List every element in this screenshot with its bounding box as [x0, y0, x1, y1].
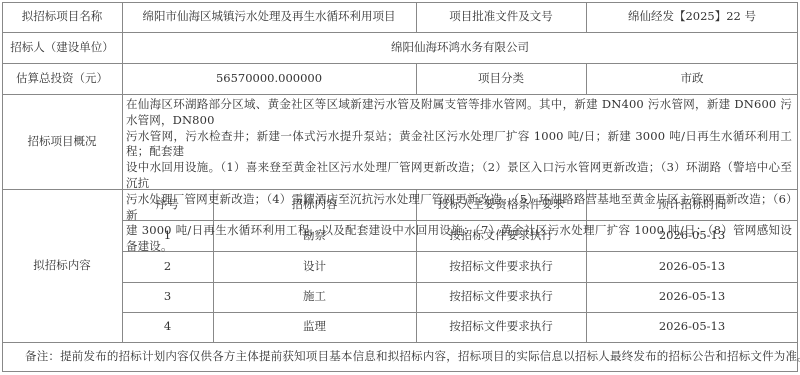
- overview-label: 招标项目概况: [2, 94, 122, 189]
- item-date: 2026-05-13: [586, 282, 798, 312]
- item-date: 2026-05-13: [586, 220, 798, 251]
- approval-label: 项目批准文件及文号: [416, 2, 586, 32]
- overview-line: 设中水回用设施。（1）喜来登至黄金社区污水处理厂管网更新改造；（2）景区入口污水…: [126, 160, 792, 192]
- item-qualification: 按招标文件要求执行: [416, 312, 586, 342]
- investment-value: 56570000.000000: [122, 63, 416, 94]
- item-qualification: 按招标文件要求执行: [416, 282, 586, 312]
- approval-value: 绵仙经发【2025】22 号: [586, 2, 798, 32]
- tenderer-label: 招标人（建设单位）: [2, 32, 122, 63]
- item-no: 3: [122, 282, 213, 312]
- item-content: 监理: [213, 312, 416, 342]
- header-qualification: 投标人主要资格条件要求: [416, 189, 586, 220]
- category-label: 项目分类: [416, 63, 586, 94]
- remark-note: 备注：提前发布的招标计划内容仅供各方主体提前获知项目基本信息和拟招标内容，招标项…: [25, 342, 800, 370]
- overview-line: 在仙海区环湖路部分区域、黄金社区等区域新建污水管及附属支管等排水管网。其中，新建…: [126, 97, 792, 129]
- item-date: 2026-05-13: [586, 312, 798, 342]
- content-label: 拟招标内容: [2, 189, 122, 342]
- header-date: 预计招标时间: [586, 189, 798, 220]
- item-no: 1: [122, 220, 213, 251]
- item-content: 勘察: [213, 220, 416, 251]
- project-name-label: 拟招标项目名称: [2, 2, 122, 32]
- category-value: 市政: [586, 63, 798, 94]
- overview-line: 污水管网，污水检查井；新建一体式污水提升泵站；黄金社区污水处理厂扩容 1000 …: [126, 129, 792, 161]
- header-no: 序号: [122, 189, 213, 220]
- project-name-value: 绵阳市仙海区城镇污水处理及再生水循环利用项目: [122, 2, 416, 32]
- item-no: 4: [122, 312, 213, 342]
- tenderer-value: 绵阳仙海环鸿水务有限公司: [122, 32, 798, 63]
- header-content: 招标内容: [213, 189, 416, 220]
- item-no: 2: [122, 251, 213, 282]
- item-date: 2026-05-13: [586, 251, 798, 282]
- item-qualification: 按招标文件要求执行: [416, 220, 586, 251]
- item-content: 设计: [213, 251, 416, 282]
- investment-label: 估算总投资（元）: [2, 63, 122, 94]
- item-qualification: 按招标文件要求执行: [416, 251, 586, 282]
- item-content: 施工: [213, 282, 416, 312]
